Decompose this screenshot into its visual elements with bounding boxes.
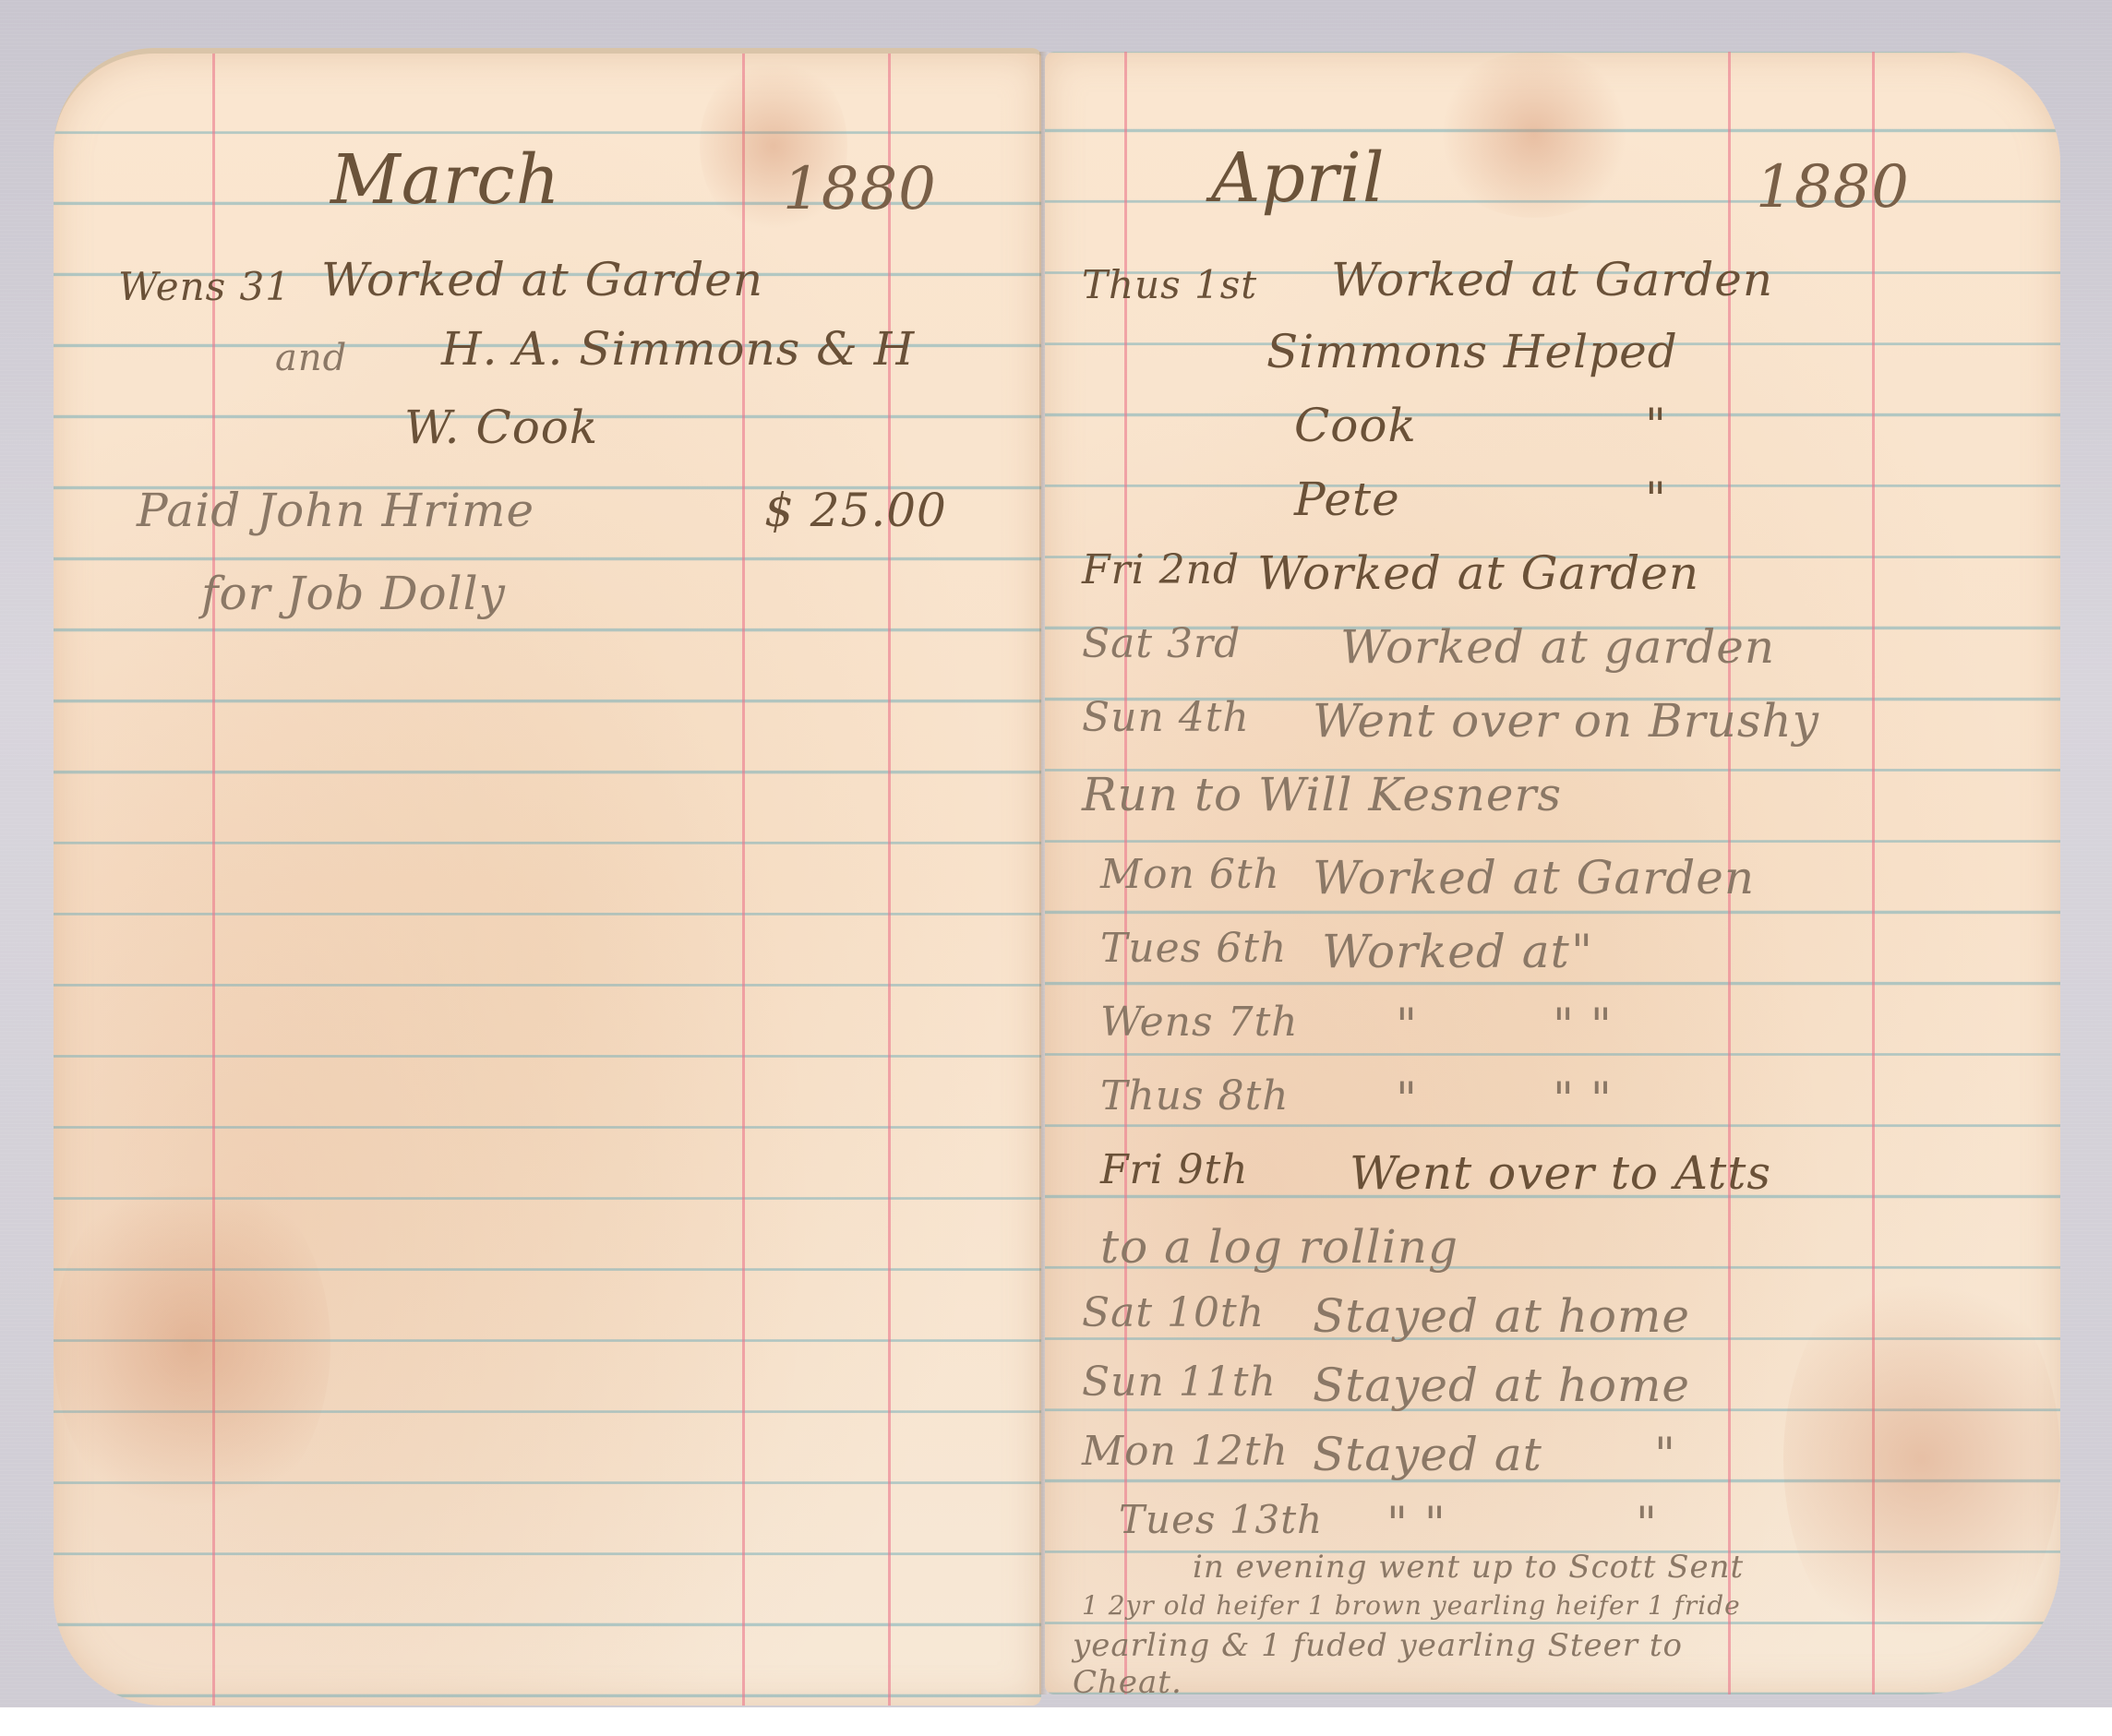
- entry-text: Run to Will Kesners: [1082, 772, 1562, 818]
- entry-day: Fri 9th: [1100, 1150, 1249, 1191]
- month-heading: April: [1211, 144, 1386, 212]
- entry-text: Worked at Garden: [1313, 855, 1755, 901]
- right-page: April 1880 Thus 1st Worked at Garden Sim…: [1045, 52, 2060, 1694]
- left-page: March 1880 Wens 31 Worked at Garden and …: [54, 48, 1041, 1706]
- ditto-mark: ": [1645, 402, 1667, 449]
- year-heading: 1880: [1756, 158, 1910, 217]
- entry-text: Worked at Garden: [1331, 257, 1773, 303]
- ditto-mark: ": [1654, 1431, 1676, 1478]
- footnote-line: Cheat.: [1073, 1667, 1182, 1694]
- ditto-mark: ": [1636, 1501, 1658, 1547]
- entry-text: Cook: [1294, 402, 1417, 449]
- entry-text: Stayed at: [1313, 1431, 1542, 1478]
- entry-prefix: and: [275, 340, 347, 377]
- entry-day: Wens 7th: [1100, 1002, 1299, 1043]
- entry-text: " ": [1386, 1501, 1446, 1547]
- entry-text: Worked at: [1322, 928, 1570, 975]
- entry-text: Stayed at home: [1313, 1293, 1690, 1339]
- entry-text: Stayed at home: [1313, 1362, 1690, 1408]
- entry-day: Wens 31: [118, 268, 291, 306]
- column-line-2: [888, 54, 891, 1706]
- footnote-line: yearling & 1 fuded yearling Steer to: [1073, 1630, 1683, 1661]
- entry-day: Mon 6th: [1100, 855, 1280, 895]
- footnote-line: 1 2yr old heifer 1 brown yearling heifer…: [1082, 1593, 1741, 1619]
- ditto-mark: " ": [1553, 1002, 1613, 1048]
- entry-day: Fri 2nd: [1082, 550, 1240, 591]
- entry-text: for Job Dolly: [201, 570, 506, 617]
- stain: [1783, 1251, 2060, 1667]
- entry-text: ": [1396, 1076, 1418, 1122]
- entry-day: Mon 12th: [1082, 1431, 1289, 1472]
- entry-text: Worked at Garden: [321, 257, 763, 303]
- entry-text: Pete: [1294, 476, 1400, 522]
- entry-text: ": [1396, 1002, 1418, 1048]
- stain: [1433, 52, 1636, 218]
- ditto-mark: " ": [1553, 1076, 1613, 1122]
- ditto-mark: ": [1571, 928, 1593, 975]
- entry-text: H. A. Simmons & H: [441, 326, 915, 372]
- entry-text: Simmons Helped: [1266, 329, 1678, 375]
- entry-day: Tues 13th: [1119, 1501, 1323, 1539]
- entry-text: Worked at Garden: [1257, 550, 1699, 596]
- entry-day: Thus 1st: [1082, 266, 1257, 305]
- entry-day: Sat 3rd: [1082, 624, 1241, 664]
- entry-text: Paid John Hrime: [137, 487, 534, 533]
- year-heading: 1880: [783, 160, 937, 219]
- stain: [54, 1161, 330, 1530]
- entry-day: Sat 10th: [1082, 1293, 1265, 1334]
- entry-day: Tues 6th: [1100, 928, 1287, 969]
- ditto-mark: ": [1645, 476, 1667, 522]
- entry-text: W. Cook: [404, 404, 598, 450]
- month-heading: March: [330, 146, 560, 214]
- entry-day: Sun 11th: [1082, 1362, 1277, 1403]
- entry-text: to a log rolling: [1100, 1224, 1458, 1270]
- entry-day: Sun 4th: [1082, 698, 1250, 738]
- entry-text: Worked at garden: [1340, 624, 1775, 670]
- entry-text: Went over on Brushy: [1313, 698, 1819, 744]
- entry-text: Went over to Atts: [1350, 1150, 1771, 1196]
- entry-amount: $ 25.00: [764, 487, 947, 533]
- footnote-line: in evening went up to Scott Sent: [1193, 1551, 1744, 1583]
- entry-day: Thus 8th: [1100, 1076, 1290, 1117]
